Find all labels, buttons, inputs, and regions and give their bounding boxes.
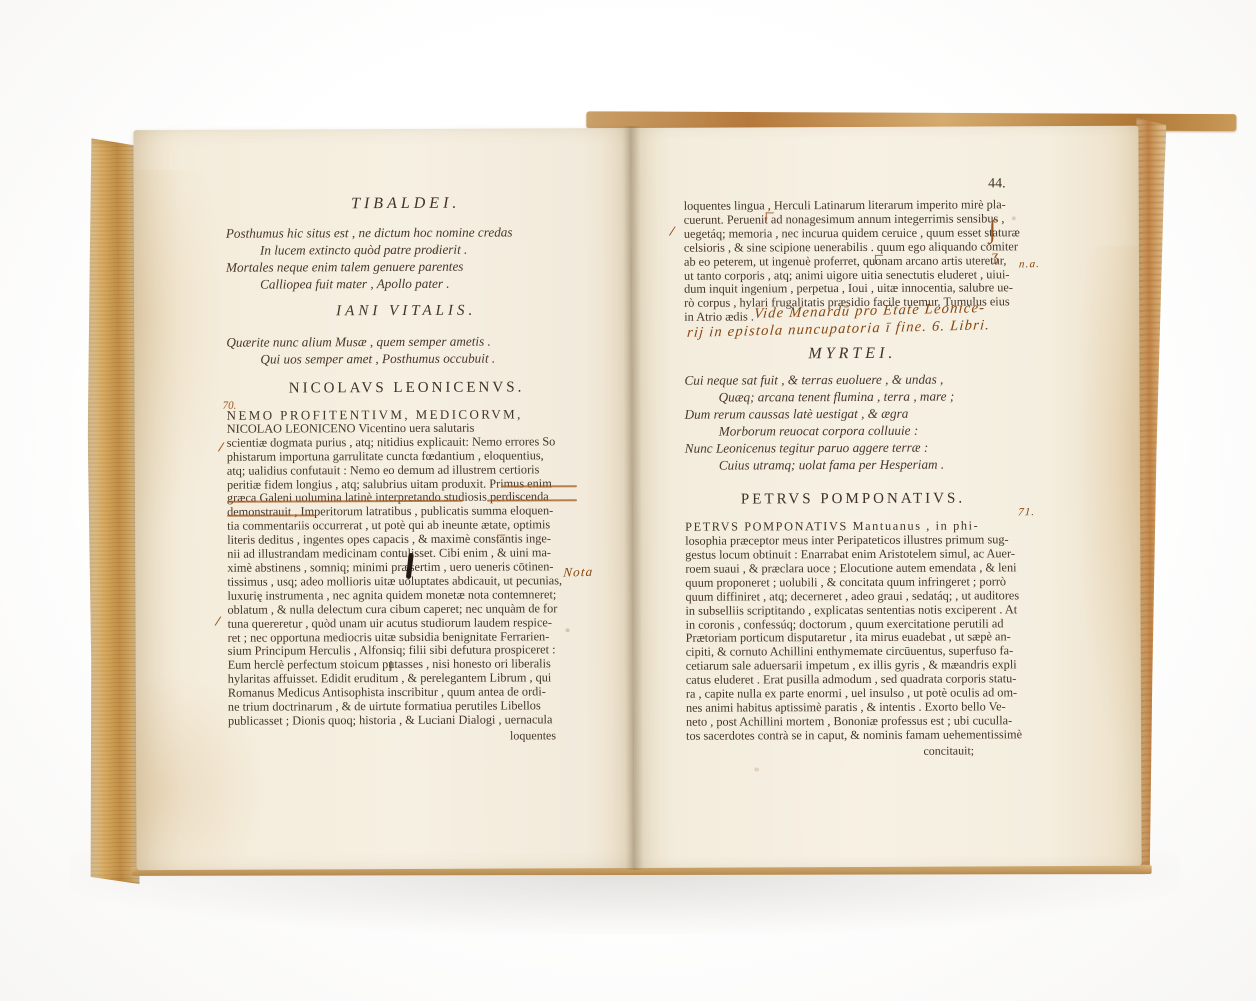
text-line: Morborum reuocat corpora colluuie : [719, 421, 1021, 439]
text-line: Qui uos semper amet , Posthumus occubuit… [260, 349, 586, 367]
open-book: TIBALDEI. Posthumus hic situs est , ne d… [86, 110, 1169, 885]
running-title: TIBALDEI. [226, 194, 586, 214]
margin-slash-mark: / [217, 440, 225, 458]
handwritten-nota-note: Nota [563, 564, 594, 581]
text-line: Calliopea fuit mater , Apollo pater . [260, 274, 586, 292]
left-fore-edge [86, 138, 139, 884]
pomponatius-paragraph: PETRVS POMPONATIVS Mantuanus , in phi-lo… [685, 519, 1022, 743]
text-line: In lucem extincto quòd patre prodierit . [260, 240, 586, 258]
margin-curl-mark: ʒ [992, 248, 999, 265]
handwritten-number-note: 70. [223, 400, 237, 412]
text-line: Cuius utramq; uolat fama per Hesperiam . [719, 455, 1021, 473]
right-page: 44. loquentes lingua , Herculi Latinarum… [631, 126, 1141, 868]
text-line: tos sacerdotes contrà se in caput, & nom… [686, 728, 1022, 743]
text-line: Mortales neque enim talem genuere parent… [226, 257, 586, 276]
text-line: Quærite nunc alium Musæ , quem semper am… [226, 332, 586, 351]
foxing-spot [754, 767, 759, 771]
stain [1072, 246, 1144, 766]
catchword: loquentes [228, 728, 556, 744]
myrtei-poem: Cui neque sat fuit , & terras euoluere ,… [684, 370, 1020, 473]
margin-slash-mark: / [668, 224, 676, 242]
text-line: Dum rerum caussas latè uestigat , & ægra [685, 404, 1021, 422]
stain [134, 170, 226, 530]
left-text-column: TIBALDEI. Posthumus hic situs est , ne d… [226, 186, 588, 744]
right-text-column: 44. loquentes lingua , Herculi Latinarum… [684, 176, 1023, 759]
heading-pomponatius: PETRVS POMPONATIVS. [685, 490, 1021, 508]
left-page: TIBALDEI. Posthumus hic situs est , ne d… [133, 128, 634, 870]
catchword: concitauit; [686, 743, 974, 759]
ink-underline [501, 485, 577, 487]
handwritten-number-note: 71. [1018, 506, 1036, 518]
epitaph-poem: Posthumus hic situs est , ne dictum hoc … [226, 223, 586, 293]
handwritten-na-note: n.a. [1018, 258, 1040, 271]
text-line: Nunc Leonicenus tegitur paruo aggere ter… [685, 438, 1021, 456]
iani-vitalis-poem: Quærite nunc alium Musæ , quem semper am… [226, 332, 586, 368]
margin-slash-mark: / [214, 614, 222, 632]
heading-iani-vitalis: IANI VITALIS. [226, 302, 586, 321]
book-photograph: TIBALDEI. Posthumus hic situs est , ne d… [0, 0, 1256, 1001]
ink-caret-mark [766, 212, 774, 221]
margin-bracket-mark: ∫ [989, 214, 996, 244]
ink-caret-mark [497, 535, 505, 544]
text-line: Cui neque sat fuit , & terras euoluere ,… [684, 370, 1020, 388]
heading-myrtei: MYRTEI. [684, 344, 1020, 363]
right-fore-edge [1136, 118, 1169, 866]
text-line: Quæq; arcana tenent flumina , terra , ma… [719, 387, 1021, 405]
ink-underline [227, 514, 315, 516]
page-number: 44. [684, 176, 1006, 193]
ink-caret-mark [875, 255, 883, 264]
text-line: Posthumus hic situs est , ne dictum hoc … [226, 223, 586, 242]
ink-underline [487, 499, 577, 501]
heading-leonicenus: NICOLAVS LEONICENVS. [226, 379, 586, 398]
gutter-shadow [622, 126, 643, 870]
text-line: publicasset ; Dionis quoq; historia , & … [228, 713, 588, 728]
